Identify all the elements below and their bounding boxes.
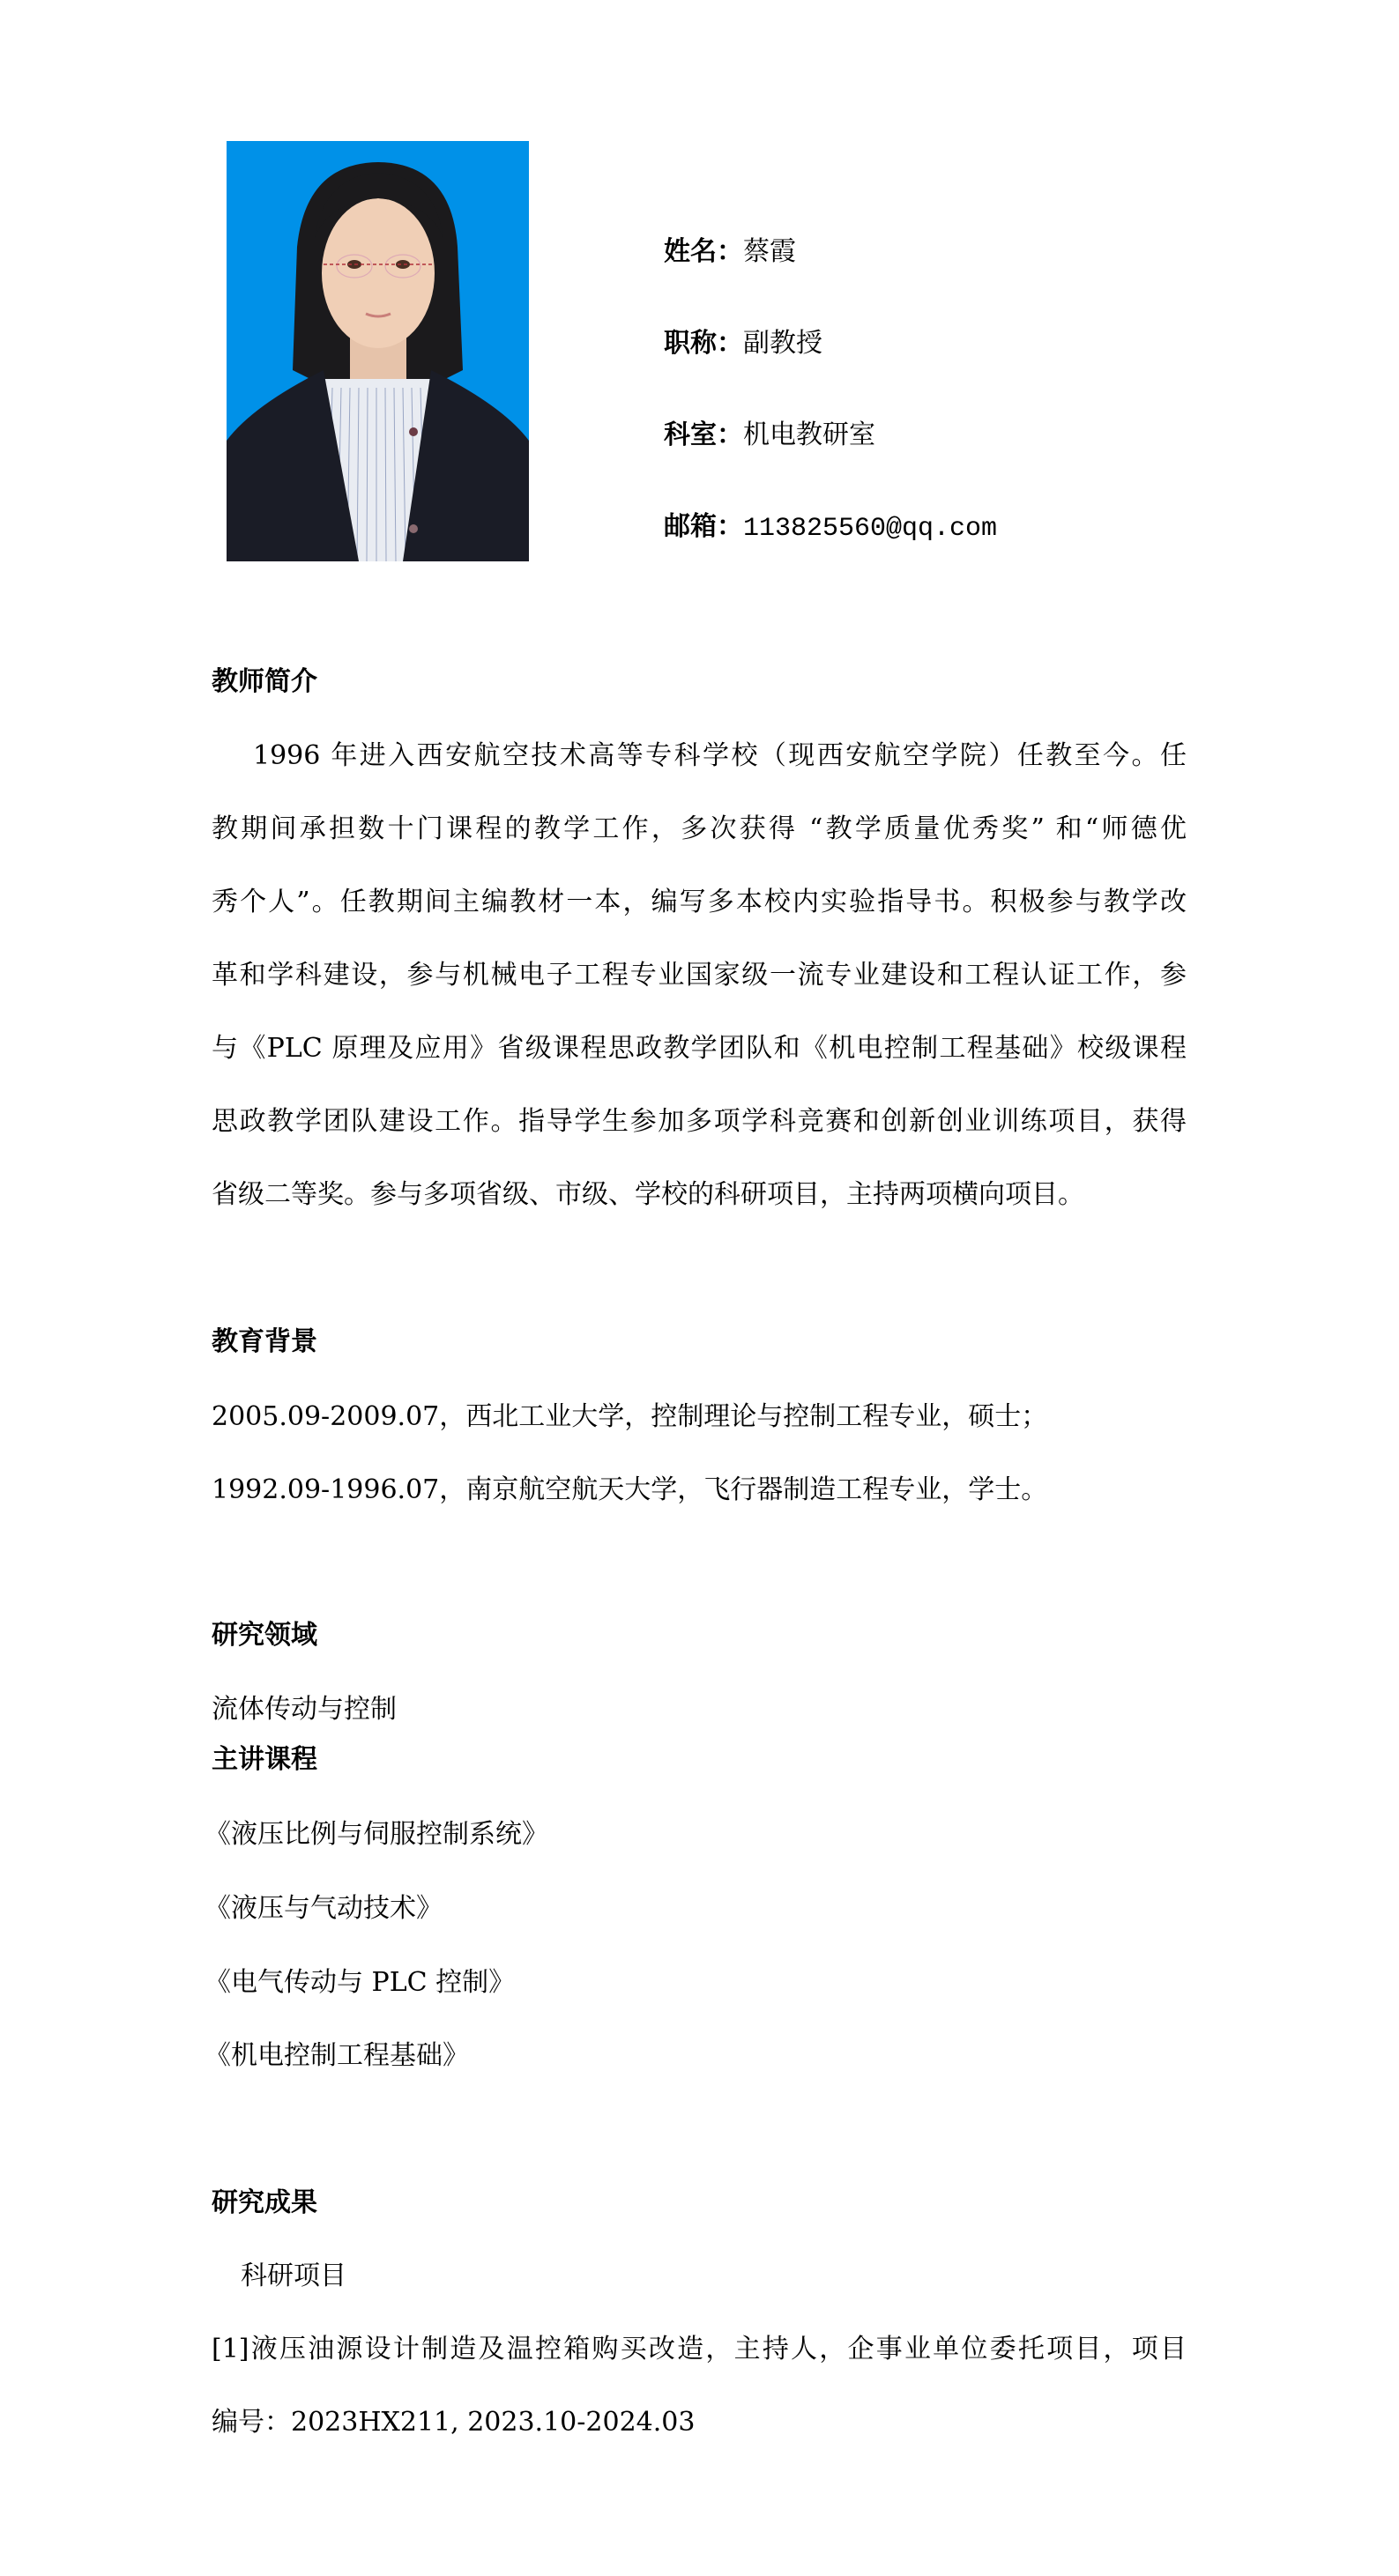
research-area-item: 流体传动与控制 bbox=[212, 1694, 397, 1726]
title-field: 职称：副教授 bbox=[664, 328, 822, 360]
intro-line: 教期间承担数十门课程的教学工作，多次获得 “教学质量优秀奖” 和“师德优 bbox=[212, 813, 1187, 845]
name-value: 蔡霞 bbox=[743, 236, 796, 267]
name-field: 姓名：蔡霞 bbox=[664, 236, 796, 268]
intro-line: 思政教学团队建设工作。指导学生参加多项学科竞赛和创新创业训练项目，获得 bbox=[212, 1106, 1187, 1138]
intro-line: 1996 年进入西安航空技术高等专科学校（现西安航空学院）任教至今。任 bbox=[253, 740, 1187, 772]
course-item: 《机电控制工程基础》 bbox=[205, 2040, 469, 2072]
education-heading: 教育背景 bbox=[212, 1326, 317, 1358]
teacher-photo bbox=[227, 141, 529, 561]
email-value[interactable]: 113825560@qq.com bbox=[743, 514, 997, 544]
projects-subheading: 科研项目 bbox=[241, 2260, 346, 2292]
name-label: 姓名： bbox=[664, 236, 743, 267]
intro-line: 秀个人”。任教期间主编教材一本，编写多本校内实验指导书。积极参与教学改 bbox=[212, 887, 1187, 918]
title-value: 副教授 bbox=[743, 328, 822, 359]
course-item: 《电气传动与 PLC 控制》 bbox=[205, 1967, 515, 1999]
department-field: 科室：机电教研室 bbox=[664, 419, 875, 451]
title-label: 职称： bbox=[664, 328, 743, 359]
course-item: 《液压与气动技术》 bbox=[205, 1893, 443, 1925]
department-label: 科室： bbox=[664, 419, 743, 450]
achievements-heading: 研究成果 bbox=[212, 2187, 317, 2219]
education-item: 1992.09-1996.07，南京航空航天大学，飞行器制造工程专业，学士。 bbox=[212, 1474, 1047, 1506]
course-item: 《液压比例与伺服控制系统》 bbox=[205, 1819, 548, 1851]
email-field: 邮箱：113825560@qq.com bbox=[664, 511, 997, 545]
research-area-heading: 研究领域 bbox=[212, 1620, 317, 1652]
education-item: 2005.09-2009.07，西北工业大学，控制理论与控制工程专业，硕士； bbox=[212, 1401, 1047, 1433]
portrait-image bbox=[227, 141, 529, 561]
courses-heading: 主讲课程 bbox=[212, 1744, 317, 1776]
department-value: 机电教研室 bbox=[743, 419, 875, 450]
project-item-line1: [1]液压油源设计制造及温控箱购买改造，主持人，企事业单位委托项目，项目 bbox=[212, 2334, 1187, 2365]
project-item-line2: 编号：2023HX211, 2023.10-2024.03 bbox=[212, 2407, 695, 2439]
intro-line: 省级二等奖。参与多项省级、市级、学校的科研项目，主持两项横向项目。 bbox=[212, 1179, 1187, 1211]
intro-line: 革和学科建设，参与机械电子工程专业国家级一流专业建设和工程认证工作，参 bbox=[212, 960, 1187, 991]
intro-line: 与《PLC 原理及应用》省级课程思政教学团队和《机电控制工程基础》校级课程 bbox=[212, 1033, 1187, 1065]
intro-heading: 教师简介 bbox=[212, 666, 317, 698]
email-label: 邮箱： bbox=[664, 511, 743, 542]
